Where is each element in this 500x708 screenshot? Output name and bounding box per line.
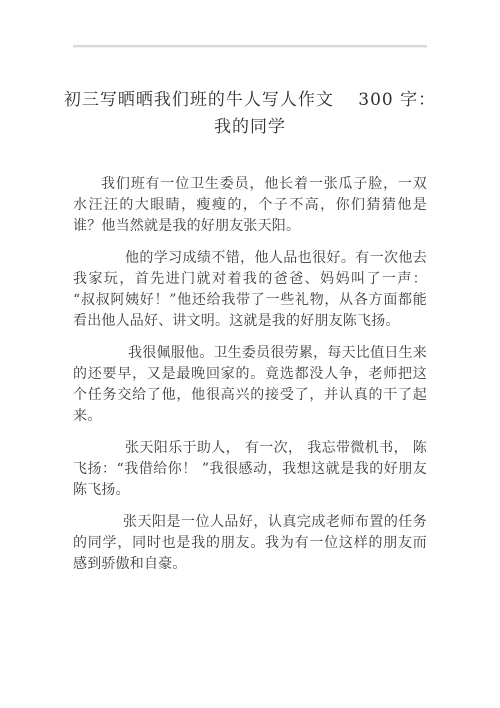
top-divider (73, 45, 427, 48)
essay-title-line-2: 我的同学 (60, 114, 440, 141)
document-page: 初三写晒晒我们班的牛人写人作文 300 字： 我的同学 我们班有一位卫生委员，他… (0, 0, 500, 708)
essay-paragraph: 张天阳乐于助人， 有一次， 我忘带微机书， 陈飞扬：“我借给你！ ”我很感动，我… (73, 438, 427, 501)
essay-paragraph: 他的学习成绩不错，他人品也很好。有一次他去我家玩，首先进门就对着我的爸爸、妈妈叫… (73, 248, 427, 332)
essay-paragraph: 我们班有一位卫生委员，他长着一张瓜子脸，一双水汪汪的大眼睛，瘦瘦的，个子不高，你… (73, 174, 427, 237)
essay-title-line-1: 初三写晒晒我们班的牛人写人作文 300 字： (60, 87, 440, 114)
essay-paragraph: 我很佩服他。卫生委员很劳累，每天比值日生来的还要早，又是最晚回家的。竟选都没人争… (73, 343, 427, 427)
essay-body: 我们班有一位卫生委员，他长着一张瓜子脸，一双水汪汪的大眼睛，瘦瘦的，个子不高，你… (73, 174, 427, 586)
essay-title: 初三写晒晒我们班的牛人写人作文 300 字： 我的同学 (60, 87, 440, 141)
essay-paragraph: 张天阳是一位人品好，认真完成老师布置的任务的同学，同时也是我的朋友。我为有一位这… (73, 512, 427, 575)
